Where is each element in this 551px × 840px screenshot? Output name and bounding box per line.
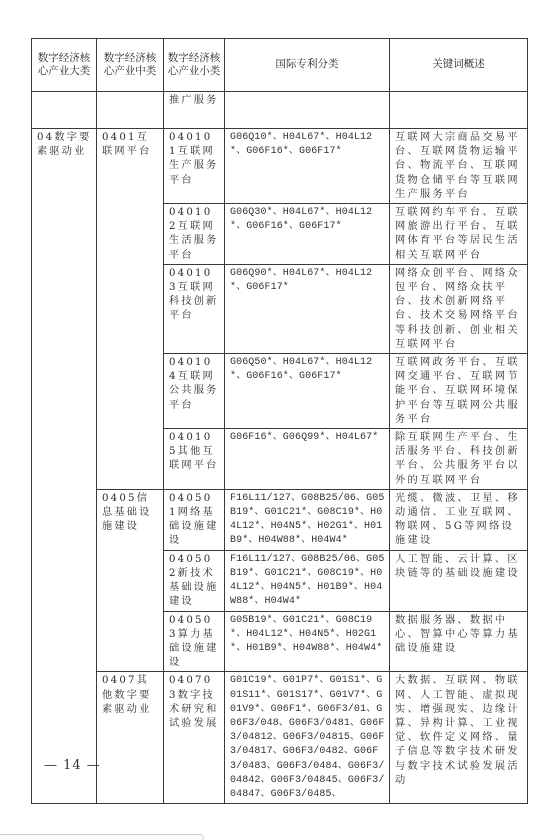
cell-minor: 040101互联网生产服务平台 bbox=[164, 129, 225, 204]
table-row: 0407其他数字要素驱动业 040703数字技术研究和试验发展 G01C19*、… bbox=[32, 672, 528, 804]
cell-minor: 040103互联网科技创新平台 bbox=[164, 264, 225, 353]
cell-major bbox=[32, 92, 97, 129]
cell-keywords: 光缆、微波、卫星、移动通信、工业互联网、物联网、5G等网络设施建设 bbox=[390, 489, 528, 550]
cell-ipc: G06Q30*、H04L67*、H04L12*、G06F16*、G06F17* bbox=[225, 204, 390, 265]
header-keywords: 关键词概述 bbox=[390, 39, 528, 92]
table-row: 0405信息基础设施建设 040501网络基础设施建设 F16L11/127、G… bbox=[32, 489, 528, 550]
cell-major: 04数字要素驱动业 bbox=[32, 129, 97, 804]
cell-middle: 0407其他数字要素驱动业 bbox=[97, 672, 164, 804]
cell-minor: 040703数字技术研究和试验发展 bbox=[164, 672, 225, 804]
patent-classification-table: 数字经济核心产业大类 数字经济核心产业中类 数字经济核心产业小类 国际专利分类 … bbox=[31, 38, 528, 804]
cell-keywords: 互联网大宗商品交易平台、互联网货物运输平台、物流平台、互联网货物仓储平台等互联网… bbox=[390, 129, 528, 204]
cell-minor: 推广服务 bbox=[164, 92, 225, 129]
cell-keywords: 人工智能、云计算、区块链等的基础设施建设 bbox=[390, 550, 528, 611]
cell-ipc: G06Q90*、H04L67*、H04L12*、G06F17* bbox=[225, 264, 390, 353]
cell-keywords: 互联网约车平台、互联网旅游出行平台、互联网体育平台等居民生活相关互联网平台 bbox=[390, 204, 528, 265]
cell-minor: 040102互联网生活服务平台 bbox=[164, 204, 225, 265]
cell-ipc: G01C19*、G01P7*、G01S1*、G01S11*、G01S17*、G0… bbox=[225, 672, 390, 804]
scroll-edge-bar bbox=[0, 834, 204, 840]
cell-keywords bbox=[390, 92, 528, 129]
cell-keywords: 互联网政务平台、互联网交通平台、互联网节能平台、互联网环境保护平台等互联网公共服… bbox=[390, 354, 528, 429]
cell-minor: 040503算力基础设施建设 bbox=[164, 611, 225, 672]
document-page: 数字经济核心产业大类 数字经济核心产业中类 数字经济核心产业小类 国际专利分类 … bbox=[0, 0, 551, 840]
header-ipc: 国际专利分类 bbox=[225, 39, 390, 92]
table-header-row: 数字经济核心产业大类 数字经济核心产业中类 数字经济核心产业小类 国际专利分类 … bbox=[32, 39, 528, 92]
cell-middle bbox=[97, 92, 164, 129]
cell-keywords: 除互联网生产平台、生活服务平台、科技创新平台、公共服务平台以外的互联网平台 bbox=[390, 429, 528, 490]
cell-keywords: 大数据、互联网、物联网、人工智能、虚拟现实、增强现实、边缘计算、异构计算、工业视… bbox=[390, 672, 528, 804]
cell-middle: 0405信息基础设施建设 bbox=[97, 489, 164, 671]
cell-minor: 040105其他互联网平台 bbox=[164, 429, 225, 490]
cell-keywords: 数据服务器、数据中心、智算中心等算力基础设施建设 bbox=[390, 611, 528, 672]
header-major-category: 数字经济核心产业大类 bbox=[32, 39, 97, 92]
cell-minor: 040104互联网公共服务平台 bbox=[164, 354, 225, 429]
cell-ipc: G06Q10*、H04L67*、H04L12*、G06F16*、G06F17* bbox=[225, 129, 390, 204]
cell-middle: 0401互联网平台 bbox=[97, 129, 164, 490]
cell-ipc: G06Q50*、H04L67*、H04L12*、G06F16*、G06F17* bbox=[225, 354, 390, 429]
cell-keywords: 网络众创平台、网络众包平台、网络众扶平台、技术创新网络平台、技术交易网络平台等科… bbox=[390, 264, 528, 353]
cell-minor: 040502新技术基础设施建设 bbox=[164, 550, 225, 611]
cell-ipc bbox=[225, 92, 390, 129]
cell-ipc: G06F16*、G06Q99*、H04L67* bbox=[225, 429, 390, 490]
page-number: — 14 — bbox=[44, 758, 101, 773]
header-minor-category: 数字经济核心产业小类 bbox=[164, 39, 225, 92]
cell-ipc: G05B19*、G01C21*、G08C19*、H04L12*、H04N5*、H… bbox=[225, 611, 390, 672]
header-middle-category: 数字经济核心产业中类 bbox=[97, 39, 164, 92]
table-row: 04数字要素驱动业 0401互联网平台 040101互联网生产服务平台 G06Q… bbox=[32, 129, 528, 204]
table-row-continuation: 推广服务 bbox=[32, 92, 528, 129]
cell-ipc: F16L11/127、G08B25/06、G05B19*、G01C21*、G08… bbox=[225, 489, 390, 550]
cell-minor: 040501网络基础设施建设 bbox=[164, 489, 225, 550]
cell-ipc: F16L11/127、G08B25/06、G05B19*、G01C21*、G08… bbox=[225, 550, 390, 611]
